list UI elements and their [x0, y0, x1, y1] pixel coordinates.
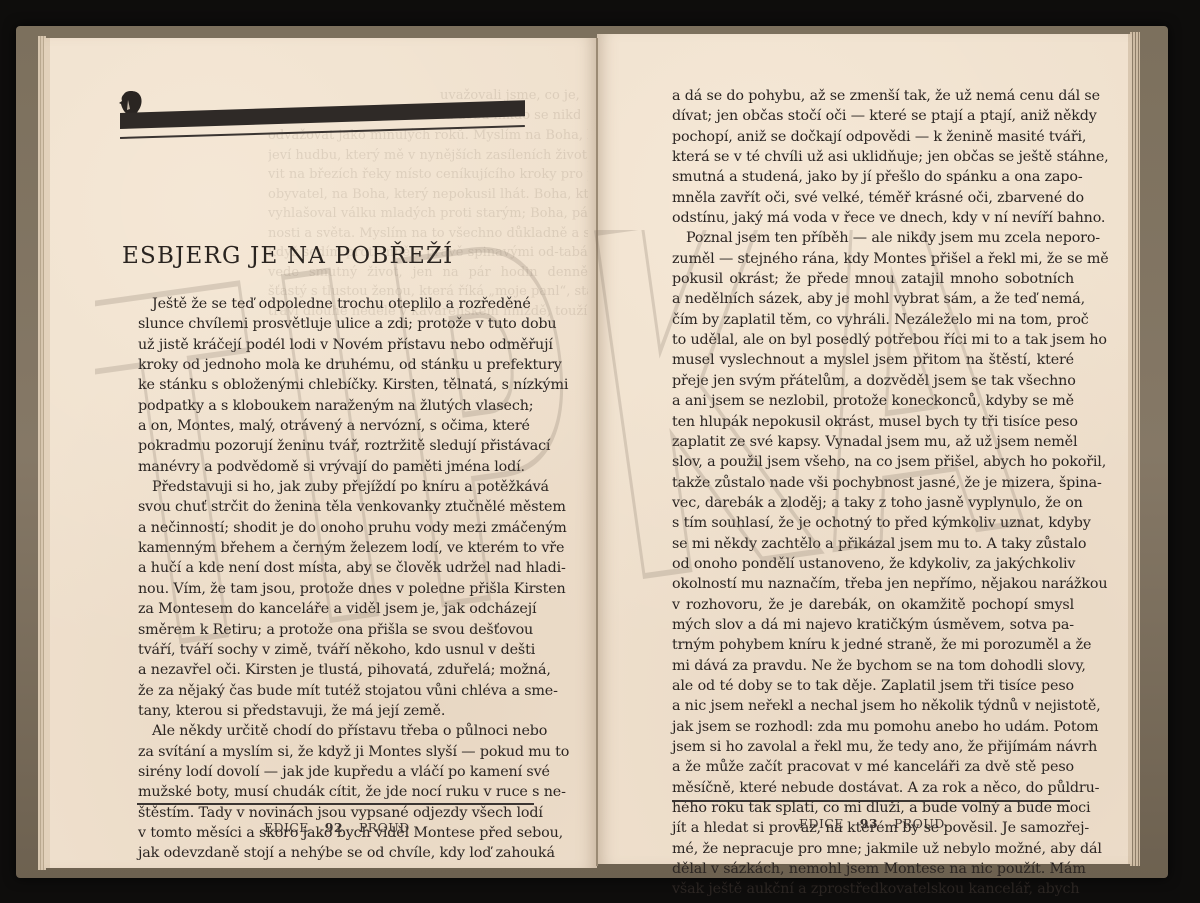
footer-rule-left	[137, 803, 534, 805]
text-line: čím by zaplatil těm, co vyhráli. Nezálež…	[672, 310, 1074, 330]
text-line: tany, kterou si představuji, že má její …	[138, 701, 528, 721]
text-line: to udělal, ale on byl posedlý potřebou ř…	[672, 330, 1074, 350]
text-line: a dá se do pohybu, až se zmenší tak, že …	[672, 86, 1074, 106]
text-line: a on, Montes, malý, otrávený a nervózní,…	[138, 416, 528, 436]
footer-series-name: PROUD	[359, 820, 410, 835]
text-line: podpatky a s kloboukem naraženým na žlut…	[138, 396, 528, 416]
text-line: mé, že nepracuje pro mne; jakmile už neb…	[672, 839, 1074, 859]
footer-left: EDICE92PROUD	[264, 820, 410, 835]
text-line: se mi někdy zachtělo a přikázal jsem mu …	[672, 534, 1074, 554]
text-line: pokradmu pozorují ženinu tvář, roztržitě…	[138, 436, 528, 456]
right-page-body: a dá se do pohybu, až se zmenší tak, že …	[672, 86, 1074, 900]
footer-series-label: EDICE	[799, 816, 844, 831]
text-line: ale od té doby se to tak děje. Zaplatil …	[672, 676, 1074, 696]
page-number: 93	[860, 816, 878, 831]
text-line: nou. Vím, že tam jsou, protože dnes v po…	[138, 579, 528, 599]
text-line: vec, darebák a zloděj; a taky z toho jas…	[672, 493, 1074, 513]
footer-series-label: EDICE	[264, 820, 309, 835]
text-line: a nezavřel oči. Kirsten je tlustá, pihov…	[138, 660, 528, 680]
text-line: která se v té chvíli už asi uklidňuje; j…	[672, 147, 1074, 167]
footer-rule-right	[672, 800, 1070, 802]
text-line: musel vyslechnout a myslel jsem přitom n…	[672, 350, 1074, 370]
text-line: Ještě že se teď odpoledne trochu oteplil…	[138, 294, 528, 314]
text-line: jak jsem se rozhodl: zda mu pomohu anebo…	[672, 717, 1074, 737]
text-line: a nedělních sázek, aby je mohl vybrat sá…	[672, 289, 1074, 309]
text-line: a hučí a kde není dost místa, aby se člo…	[138, 558, 528, 578]
text-line: kroky od jednoho mola ke druhému, od stá…	[138, 355, 528, 375]
text-line: odstínu, jaký má voda v řece ve dnech, k…	[672, 208, 1074, 228]
text-line: tváří, tváří sochy v zimě, tváří někoho,…	[138, 640, 528, 660]
text-line: v rozhovoru, že je darebák, on okamžitě …	[672, 595, 1074, 615]
text-line: že za nějaký čas bude mít tutéž stojatou…	[138, 681, 528, 701]
text-line: Poznal jsem ten příběh — ale nikdy jsem …	[672, 228, 1074, 248]
text-line: takže zůstalo nade vši pochybnost jasné,…	[672, 473, 1074, 493]
text-line: slunce chvílemi prosvětluje ulice a zdi;…	[138, 314, 528, 334]
text-line: zuměl — stejného rána, kdy Montes přišel…	[672, 249, 1074, 269]
text-line: sirény lodí dovolí — jak jde kupředu a v…	[138, 762, 528, 782]
text-line: mužské boty, musí chudák cítit, že jde n…	[138, 782, 528, 802]
text-line: slov, a použil jsem všeho, na co jsem př…	[672, 452, 1074, 472]
text-line: Ale někdy určitě chodí do přístavu třeba…	[138, 721, 528, 741]
text-line: a nečinností; shodit je do onoho pruhu v…	[138, 518, 528, 538]
text-line: ke stánku s obloženými chlebíčky. Kirste…	[138, 375, 528, 395]
text-line: měsíčně, které nebude dostávat. A za rok…	[672, 778, 1074, 798]
text-line: přeje jen svým přátelům, a dozvěděl jsem…	[672, 371, 1074, 391]
text-line: pochopí, aniž se dočkají odpovědi — k že…	[672, 127, 1074, 147]
page-number: 92	[325, 820, 343, 835]
footer-right: EDICE93PROUD	[799, 816, 945, 831]
text-line: a ani jsem se nezlobil, protože koneckon…	[672, 391, 1074, 411]
text-line: jsem si ho zavolal a řekl mu, že tedy an…	[672, 737, 1074, 757]
text-line: dělal v sázkách, nemohl jsem Montese na …	[672, 859, 1074, 879]
chapter-title: ESBJERG JE NA POBŘEŽÍ	[122, 243, 453, 269]
photo-scene: uvažovali jsme, co je, pila kávu. A po t…	[0, 0, 1200, 903]
text-line: a že může začít pracovat v mé kanceláři …	[672, 757, 1074, 777]
text-line: a nic jsem neřekl a nechal jsem ho někol…	[672, 696, 1074, 716]
text-line: za Montesem do kanceláře a viděl jsem je…	[138, 599, 528, 619]
text-line: smutná a studená, jako by jí přešlo do s…	[672, 167, 1074, 187]
text-line: mi dává za pravdu. Ne že bychom se na to…	[672, 656, 1074, 676]
text-line: však ještě aukční a zprostředkovatelskou…	[672, 879, 1074, 899]
text-line: za svítání a myslím si, že když ji Monte…	[138, 742, 528, 762]
text-line: směrem k Retiru; a protože ona přišla se…	[138, 620, 528, 640]
text-line: svou chuť strčit do ženina těla venkovan…	[138, 497, 528, 517]
text-line: kamenným břehem a černým železem lodí, v…	[138, 538, 528, 558]
text-line: manévry a podvědomě si vrývají do paměti…	[138, 457, 528, 477]
text-line: trným pohybem kníru k jedné straně, že m…	[672, 635, 1074, 655]
text-line: od onoho pondělí ustanoveno, že kdykoliv…	[672, 554, 1074, 574]
text-line: ten hlupák nepokusil okrást, musel bych …	[672, 412, 1074, 432]
text-line: dívat; jen občas stočí oči — které se pt…	[672, 106, 1074, 126]
left-page-body: Ještě že se teď odpoledne trochu oteplil…	[138, 294, 528, 864]
text-line: zaplatit ze své kapsy. Vynadal jsem mu, …	[672, 432, 1074, 452]
text-line: jak odevzdaně stojí a nehýbe se od chvíl…	[138, 843, 528, 863]
text-line: Představuji si ho, jak zuby přejíždí po …	[138, 477, 528, 497]
text-line: s tím souhlasí, že je ochotný to před ký…	[672, 513, 1074, 533]
text-line: mých slov a dá mi najevo kratičkým úsměv…	[672, 615, 1074, 635]
text-line: pokusil okrást; že přede mnou zatajil mn…	[672, 269, 1074, 289]
book-gutter	[596, 38, 598, 866]
text-line: mněla zavřít oči, své velké, téměř krásn…	[672, 188, 1074, 208]
footer-series-name: PROUD	[894, 816, 945, 831]
text-line: okolností mu naznačím, třeba jen nepřímo…	[672, 574, 1074, 594]
text-line: už jistě kráčejí podél lodi v Novém přís…	[138, 335, 528, 355]
